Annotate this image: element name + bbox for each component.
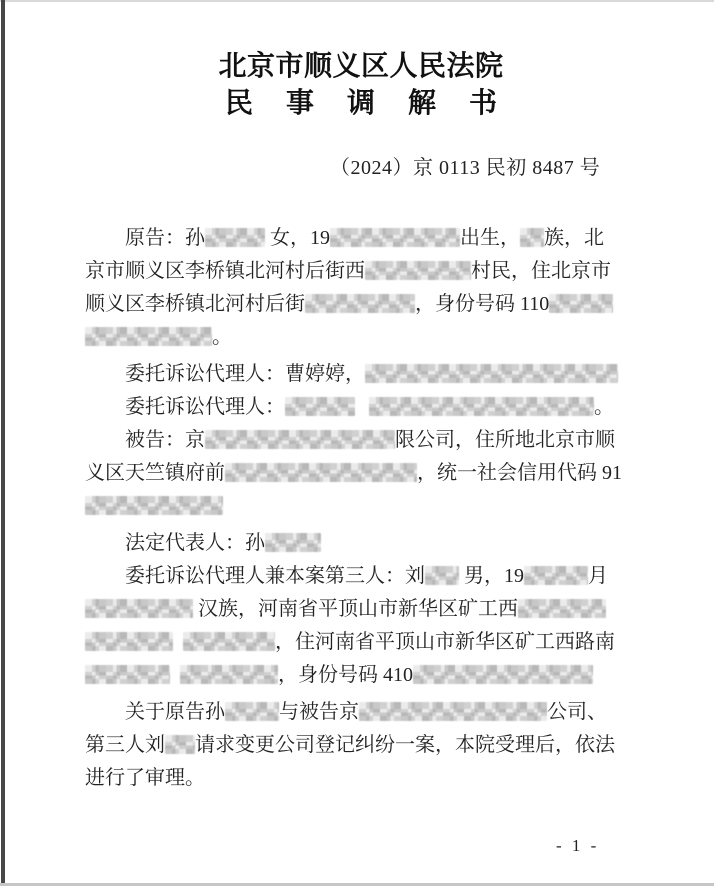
redaction-block (305, 294, 415, 313)
redaction-block (518, 599, 606, 618)
text-run: 第三人刘 (85, 734, 165, 756)
redaction-block (549, 294, 613, 313)
scanned-document-page: 北京市顺义区人民法院 民 事 调 解 书 （2024）京 0113 民初 848… (0, 0, 714, 891)
text-run: 进行了审理。 (85, 767, 205, 789)
redaction-block (330, 228, 460, 247)
body-line: 顺义区李桥镇北河村后街，身份号码 110 (85, 288, 645, 321)
body-line: 原告：孙 女，19出生，族，北 (85, 222, 645, 255)
text-run: 委托诉讼代理人：曹婷婷， (125, 363, 365, 385)
text-run: 法定代表人：孙 (125, 532, 265, 554)
text-run: 族，北 (544, 227, 604, 249)
text-run: 关于原告孙 (125, 701, 225, 723)
body-line: 关于原告孙与被告京公司、 (85, 696, 645, 729)
body-line: 委托诉讼代理人：。 (85, 391, 645, 424)
case-number: （2024）京 0113 民初 8487 号 (330, 151, 600, 180)
body-line: 第三人刘请求变更公司登记纠纷一案，本院受理后，依法 (85, 729, 645, 762)
text-run: ，住河南省平顶山市新华区矿工西路南 (275, 631, 615, 653)
scan-artifact-left-edge (1, 0, 5, 884)
text-run: 委托诉讼代理人： (125, 396, 285, 418)
redaction-block (205, 228, 265, 247)
text-run: 。 (594, 396, 614, 418)
redaction-block (425, 566, 459, 585)
redaction-block (413, 665, 593, 684)
redaction-block (225, 463, 417, 482)
text-run: 请求变更公司登记纠纷一案，本院受理后，依法 (195, 734, 615, 756)
redaction-block (524, 566, 588, 585)
text-run: 顺义区李桥镇北河村后街 (85, 293, 305, 315)
body-line: 京市顺义区李桥镇北河村后街西村民，住北京市 (85, 255, 645, 288)
text-run: 月 (588, 565, 608, 587)
scan-artifact-top-edge (0, 0, 714, 2)
redaction-gap (170, 680, 180, 681)
text-run: 公司、 (547, 701, 607, 723)
redaction-block (369, 397, 594, 416)
body-line: 进行了审理。 (85, 762, 645, 795)
document-body: 原告：孙 女，19出生，族，北京市顺义区李桥镇北河村后街西村民，住北京市顺义区李… (85, 222, 645, 795)
redaction-block (225, 702, 279, 721)
text-run: ，身份号码 110 (415, 293, 549, 315)
text-run: 京市顺义区李桥镇北河村后街西 (85, 260, 365, 282)
body-line: 汉族，河南省平顶山市新华区矿工西 (85, 593, 645, 626)
redaction-block (183, 632, 275, 651)
redaction-gap (355, 412, 369, 413)
body-line: ，住河南省平顶山市新华区矿工西路南 (85, 626, 645, 659)
text-run: 男，19 (459, 565, 524, 587)
text-run: 与被告京 (279, 701, 359, 723)
document-title: 民 事 调 解 书 (8, 81, 714, 121)
body-line: 委托诉讼代理人：曹婷婷， (85, 358, 645, 391)
text-run: 女，19 (265, 227, 330, 249)
redaction-block (359, 702, 547, 721)
body-line (85, 490, 645, 523)
court-name-heading: 北京市顺义区人民法院 (8, 44, 714, 84)
redaction-gap (173, 647, 183, 648)
redaction-block (520, 228, 544, 247)
body-line: 义区天竺镇府前，统一社会信用代码 91 (85, 457, 645, 490)
text-run: 原告：孙 (125, 227, 205, 249)
text-run: 村民，住北京市 (471, 260, 611, 282)
body-line: 委托诉讼代理人兼本案第三人：刘 男，19月 (85, 560, 645, 593)
redaction-block (205, 430, 395, 449)
redaction-block (365, 261, 471, 280)
page-number: - 1 - (556, 836, 599, 856)
text-run: ，身份号码 410 (278, 664, 413, 686)
text-run: 出生， (460, 227, 520, 249)
redaction-block (85, 599, 193, 618)
redaction-block (85, 327, 212, 346)
redaction-block (165, 735, 195, 754)
redaction-block (365, 364, 618, 383)
text-run: 。 (212, 326, 232, 348)
text-run: 被告：京 (125, 429, 205, 451)
scan-artifact-bottom-edge (0, 883, 714, 886)
redaction-block (285, 397, 355, 416)
text-run: ，统一社会信用代码 91 (417, 462, 622, 484)
redaction-block (85, 632, 173, 651)
text-run: 限公司，住所地北京市顺 (395, 429, 615, 451)
text-run: 委托诉讼代理人兼本案第三人：刘 (125, 565, 425, 587)
redaction-block (85, 496, 223, 515)
redaction-block (85, 665, 170, 684)
body-line: 被告：京限公司，住所地北京市顺 (85, 424, 645, 457)
redaction-block (180, 665, 278, 684)
redaction-block (265, 533, 321, 552)
text-run: 汉族，河南省平顶山市新华区矿工西 (193, 598, 518, 620)
body-line: ，身份号码 410 (85, 659, 645, 692)
body-line: 法定代表人：孙 (85, 527, 645, 560)
body-line: 。 (85, 321, 645, 354)
text-run: 义区天竺镇府前 (85, 462, 225, 484)
